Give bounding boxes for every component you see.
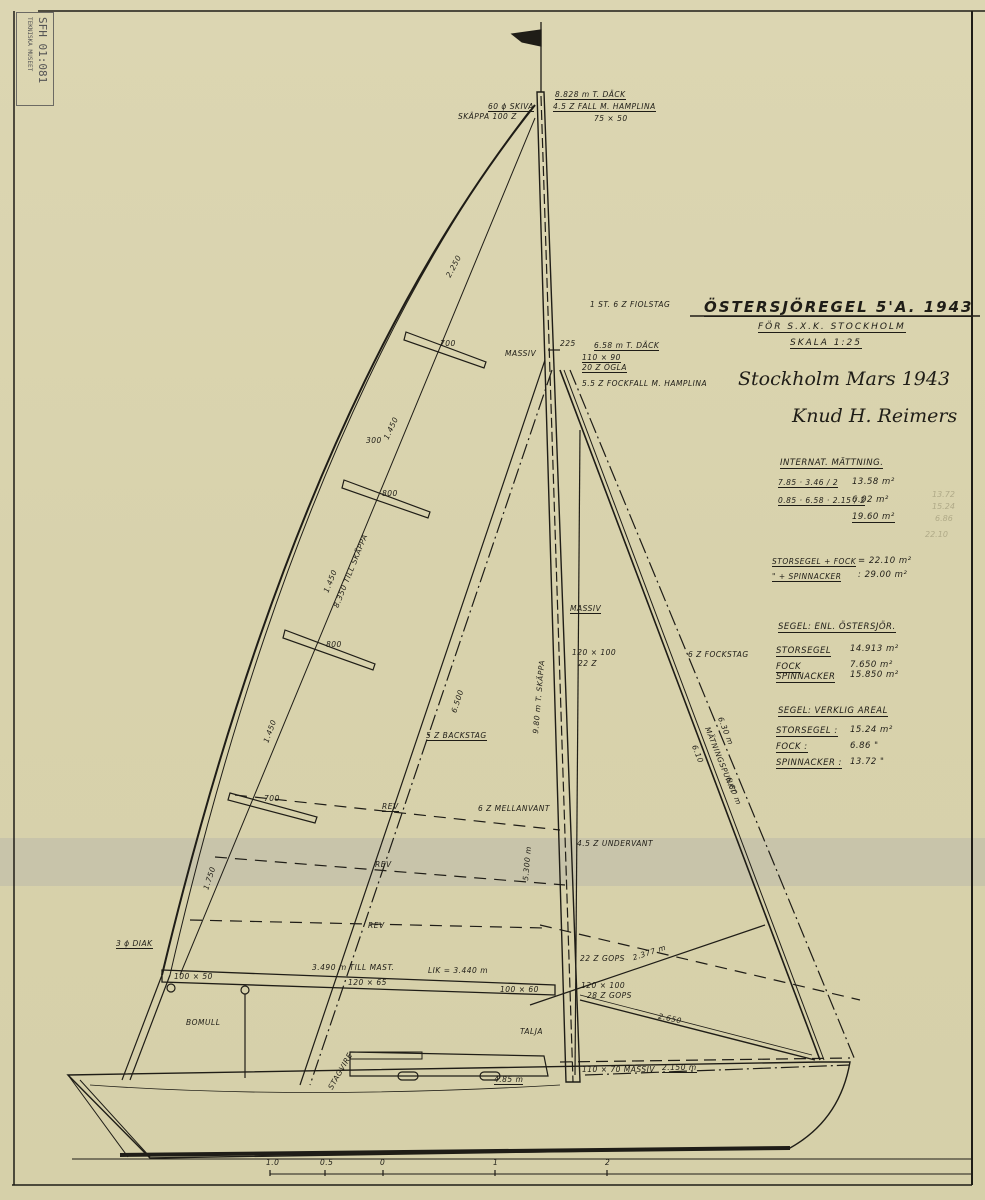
boom-mid-section: 120 × 65 — [348, 978, 387, 987]
sail-plan-drawing — [0, 0, 985, 1200]
deck-dim: 4.85 m — [494, 1075, 523, 1085]
foot-length: LIK = 3.440 m — [428, 966, 488, 975]
backstay-label: 5 Z BACKSTAG — [426, 731, 487, 741]
measurement-formula-1: 7.85 · 3.46 / 2 — [778, 478, 838, 488]
runner-label: 3 ϕ DIAK — [116, 939, 153, 949]
scale-tick-5: 2 — [605, 1158, 610, 1167]
hounds-section: 110 × 90 — [582, 353, 621, 363]
reef-2: REV — [375, 860, 392, 869]
scale-tick-2: 0.5 — [320, 1158, 333, 1167]
mast-top-height: 8.828 m T. DÄCK — [555, 90, 626, 100]
batten-3-length: 800 — [326, 640, 342, 649]
sails-actual-label-3: SPINNACKER : — [776, 758, 842, 769]
massiv-mid-label: MASSIV — [570, 604, 601, 614]
mast-top-halyard: 4.5 Z FALL M. HAMPLINA — [553, 102, 656, 112]
jib-base: 2.150 m — [662, 1063, 697, 1073]
boom-end-section: 100 × 50 — [174, 972, 213, 981]
bomull-label: BOMULL — [186, 1018, 220, 1027]
heel-section: 120 × 100 — [581, 981, 625, 990]
reef-1: REV — [382, 802, 399, 812]
measurement-heading: INTERNAT. MÄTTNING. — [780, 458, 883, 469]
drawing-title: ÖSTERSJÖREGEL 5'A. 1943 — [704, 298, 973, 317]
reef-3: REV — [368, 921, 385, 930]
sails-rule-label-3: SPINNACKER — [776, 672, 835, 683]
boom-length: 3.490 m TILL MAST. — [312, 963, 395, 972]
undervant-label: 4.5 Z UNDERVANT — [577, 839, 653, 848]
mast-top-sheave: 60 ϕ SKIVA — [488, 102, 534, 112]
pencil-note-1: 13.72 — [932, 490, 955, 499]
batten-4-length: 700 — [264, 794, 280, 803]
stamp-text: TEKNISKA MUSEET — [26, 17, 33, 71]
sail-total-1-label: STORSEGEL + FOCK — [772, 557, 856, 567]
sails-actual-label-2: FOCK : — [776, 742, 808, 753]
archive-stamp: SFH 01:081 TEKNISKA MUSEET — [16, 12, 54, 106]
batten-2-length: 800 — [382, 489, 398, 498]
measurement-result-1: 13.58 m² — [852, 477, 895, 487]
sails-rule-heading: SEGEL: ENL. ÖSTERSJÖR. — [778, 622, 896, 633]
scale-tick-3: 0 — [380, 1158, 385, 1167]
hounds-height: 6.58 m T. DÄCK — [594, 341, 659, 351]
gops-label: 22 Z GOPS — [580, 954, 625, 963]
mast-top-cap: SKÄPPA 100 Z — [458, 112, 517, 121]
scale-tick-4: 1 — [493, 1158, 498, 1167]
spreader-dim: 225 — [560, 339, 576, 348]
tackle-label: TALJA — [520, 1027, 543, 1036]
batten-1-length: 700 — [440, 339, 456, 348]
sails-actual-value-3: 13.72 " — [850, 757, 884, 767]
pencil-note-2: 15.24 — [932, 502, 955, 511]
drawing-subtitle: FÖR S.X.K. STOCKHOLM — [758, 322, 906, 333]
drawing-sheet: SFH 01:081 TEKNISKA MUSEET ÖSTERSJÖREGEL… — [0, 0, 985, 1200]
boom-inner-section: 100 × 60 — [500, 985, 539, 994]
mellanvant-label: 6 Z MELLANVANT — [478, 804, 550, 813]
forestay-label: 6 Z FOCKSTAG — [688, 650, 749, 659]
sails-rule-value-2: 7.650 m² — [850, 660, 893, 670]
roach-dim: 300 — [366, 436, 382, 445]
sails-rule-value-1: 14.913 m² — [850, 644, 899, 654]
sails-actual-label-1: STORSEGEL : — [776, 726, 838, 737]
measurement-total: 19.60 m² — [852, 512, 895, 523]
stamp-id: SFH 01:081 — [36, 17, 49, 83]
sails-actual-value-1: 15.24 m² — [850, 725, 893, 735]
sails-actual-heading: SEGEL: VERKLIG AREAL — [778, 706, 888, 717]
signature-place-date: Stockholm Mars 1943 — [738, 368, 950, 390]
signature-name: Knud H. Reimers — [792, 405, 957, 427]
hounds-eye: 20 Z ÖGLA — [582, 363, 627, 373]
jib-halyard: 5.5 Z FOCKFALL M. HAMPLINA — [582, 379, 707, 388]
sails-rule-label-1: STORSEGEL — [776, 646, 831, 657]
pencil-note-4: 22.10 — [925, 530, 948, 539]
mast-step-label: 110 × 70 MASSIV — [582, 1065, 655, 1074]
fiolstag-label: 1 ST. 6 Z FIOLSTAG — [590, 300, 670, 309]
heel-gops: 28 Z GOPS — [587, 991, 632, 1000]
drawing-scale: SKALA 1:25 — [790, 338, 862, 349]
sails-rule-value-3: 15.850 m² — [850, 670, 899, 680]
sail-total-2-value: : 29.00 m² — [858, 570, 907, 580]
mid-section-2: 22 Z — [578, 659, 597, 668]
massiv-top-label: MASSIV — [505, 349, 536, 358]
scale-tick-1: 1.0 — [266, 1158, 279, 1167]
sail-total-2-label: " + SPINNACKER — [772, 572, 841, 582]
pencil-note-3: 6.86 — [935, 514, 953, 523]
sail-total-1-value: = 22.10 m² — [858, 556, 912, 566]
mid-section: 120 × 100 — [572, 648, 616, 657]
mast-top-section: 75 × 50 — [594, 114, 628, 123]
sails-actual-value-2: 6.86 " — [850, 741, 879, 751]
measurement-result-2: 6.02 m² — [852, 495, 889, 505]
